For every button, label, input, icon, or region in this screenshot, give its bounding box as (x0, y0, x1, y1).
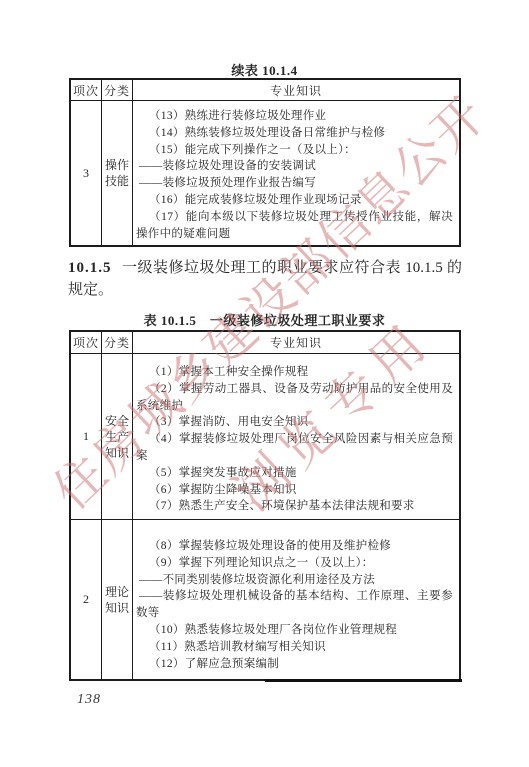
document-page: 续表 10.1.4 项次 分类 专业知识 3 操作 技能 （13）熟练进行装修垃… (0, 0, 529, 767)
knowledge-item: ——装修垃圾预处理作业报告编写 (136, 175, 453, 192)
section-line-2: 规定。 (68, 280, 462, 302)
table-row: 3 操作 技能 （13）熟练进行装修垃圾处理作业 （14）熟练装修垃圾处理设备日… (71, 101, 459, 245)
table-10-1-4-continued: 项次 分类 专业知识 3 操作 技能 （13）熟练进行装修垃圾处理作业 （14）… (69, 78, 461, 247)
table-caption-continued: 续表 10.1.4 (0, 60, 529, 79)
category-cell: 理论 知识 (102, 520, 133, 679)
knowledge-item: （11）熟悉培训教材编写相关知识 (136, 639, 453, 656)
knowledge-item: ——不同类别装修垃圾资源化利用途径及方法 (136, 572, 453, 589)
table-caption: 表 10.1.5 一级装修垃圾处理工职业要求 (0, 310, 529, 329)
knowledge-item: （4）掌握装修垃圾处理厂岗位安全风险因素与相关应急预案 (136, 431, 453, 465)
table-header-row: 项次 分类 专业知识 (71, 332, 459, 354)
category-line: 知识 (105, 445, 129, 461)
section-line-1: 10.1.5一级装修垃圾处理工的职业要求应符合表 10.1.5 的 (68, 258, 462, 280)
section-number: 10.1.5 (68, 260, 112, 276)
header-knowledge: 专业知识 (133, 80, 459, 100)
table-row: 1 安全 生产 知识 （1）掌握本工种安全操作规程 （2）掌握劳动工器具、设备及… (71, 354, 459, 520)
category-cell: 安全 生产 知识 (102, 354, 133, 519)
knowledge-item: （3）掌握消防、用电安全知识 (136, 414, 453, 431)
item-no-cell: 1 (71, 354, 102, 519)
knowledge-item: （1）掌握本工种安全操作规程 (136, 364, 453, 381)
page-number: 138 (77, 692, 101, 708)
category-line: 安全 (105, 413, 129, 429)
header-item-no: 项次 (71, 332, 102, 353)
knowledge-item: （13）熟练进行装修垃圾处理作业 (136, 108, 453, 125)
knowledge-item: ——装修垃圾处理机械设备的基本结构、工作原理、主要参数等 (136, 588, 453, 622)
knowledge-item: （6）掌握防尘降噪基本知识 (136, 482, 453, 499)
header-item-no: 项次 (71, 80, 102, 100)
table-10-1-5: 项次 分类 专业知识 1 安全 生产 知识 （1）掌握本工种安全操作规程 （2）… (69, 330, 461, 681)
knowledge-cell: （13）熟练进行装修垃圾处理作业 （14）熟练装修垃圾处理设备日常维护与检修 （… (133, 101, 459, 245)
item-no-cell: 2 (71, 520, 102, 679)
knowledge-item: （16）能完成装修垃圾处理作业现场记录 (136, 192, 453, 209)
table-header-row: 项次 分类 专业知识 (71, 80, 459, 101)
knowledge-item: （8）掌握装修垃圾处理设备的使用及维护检修 (136, 538, 453, 555)
category-line: 生产 (105, 429, 129, 445)
category-line: 技能 (105, 173, 129, 189)
section-paragraph: 10.1.5一级装修垃圾处理工的职业要求应符合表 10.1.5 的 规定。 (68, 258, 462, 301)
header-knowledge: 专业知识 (133, 332, 459, 353)
header-category: 分类 (102, 80, 133, 100)
knowledge-item: （9）掌握下列理论知识点之一（及以上）： (136, 555, 453, 572)
knowledge-item: （14）熟练装修垃圾处理设备日常维护与检修 (136, 125, 453, 142)
knowledge-item: （10）熟悉装修垃圾处理厂各岗位作业管理规程 (136, 622, 453, 639)
category-line: 知识 (105, 600, 129, 616)
table-row: 2 理论 知识 （8）掌握装修垃圾处理设备的使用及维护检修 （9）掌握下列理论知… (71, 520, 459, 679)
header-category: 分类 (102, 332, 133, 353)
knowledge-item: （15）能完成下列操作之一（及以上）： (136, 142, 453, 159)
category-line: 操作 (105, 157, 129, 173)
knowledge-cell: （1）掌握本工种安全操作规程 （2）掌握劳动工器具、设备及劳动防护用品的安全使用… (133, 354, 459, 519)
knowledge-cell: （8）掌握装修垃圾处理设备的使用及维护检修 （9）掌握下列理论知识点之一（及以上… (133, 520, 459, 679)
knowledge-item: （7）熟悉生产安全、环境保护基本法律法规和要求 (136, 498, 453, 515)
category-cell: 操作 技能 (102, 101, 133, 245)
knowledge-item: （5）掌握突发事故应对措施 (136, 465, 453, 482)
knowledge-item: （12）了解应急预案编制 (136, 656, 453, 673)
knowledge-item: ——装修垃圾处理设备的安装调试 (136, 158, 453, 175)
item-no-cell: 3 (71, 101, 102, 245)
scan-border-artifact (265, 679, 462, 682)
knowledge-item: （2）掌握劳动工器具、设备及劳动防护用品的安全使用及系统维护 (136, 381, 453, 415)
knowledge-item: （17）能向本级以下装修垃圾处理工传授作业技能，解决操作中的疑难问题 (136, 209, 453, 243)
category-line: 理论 (105, 584, 129, 600)
